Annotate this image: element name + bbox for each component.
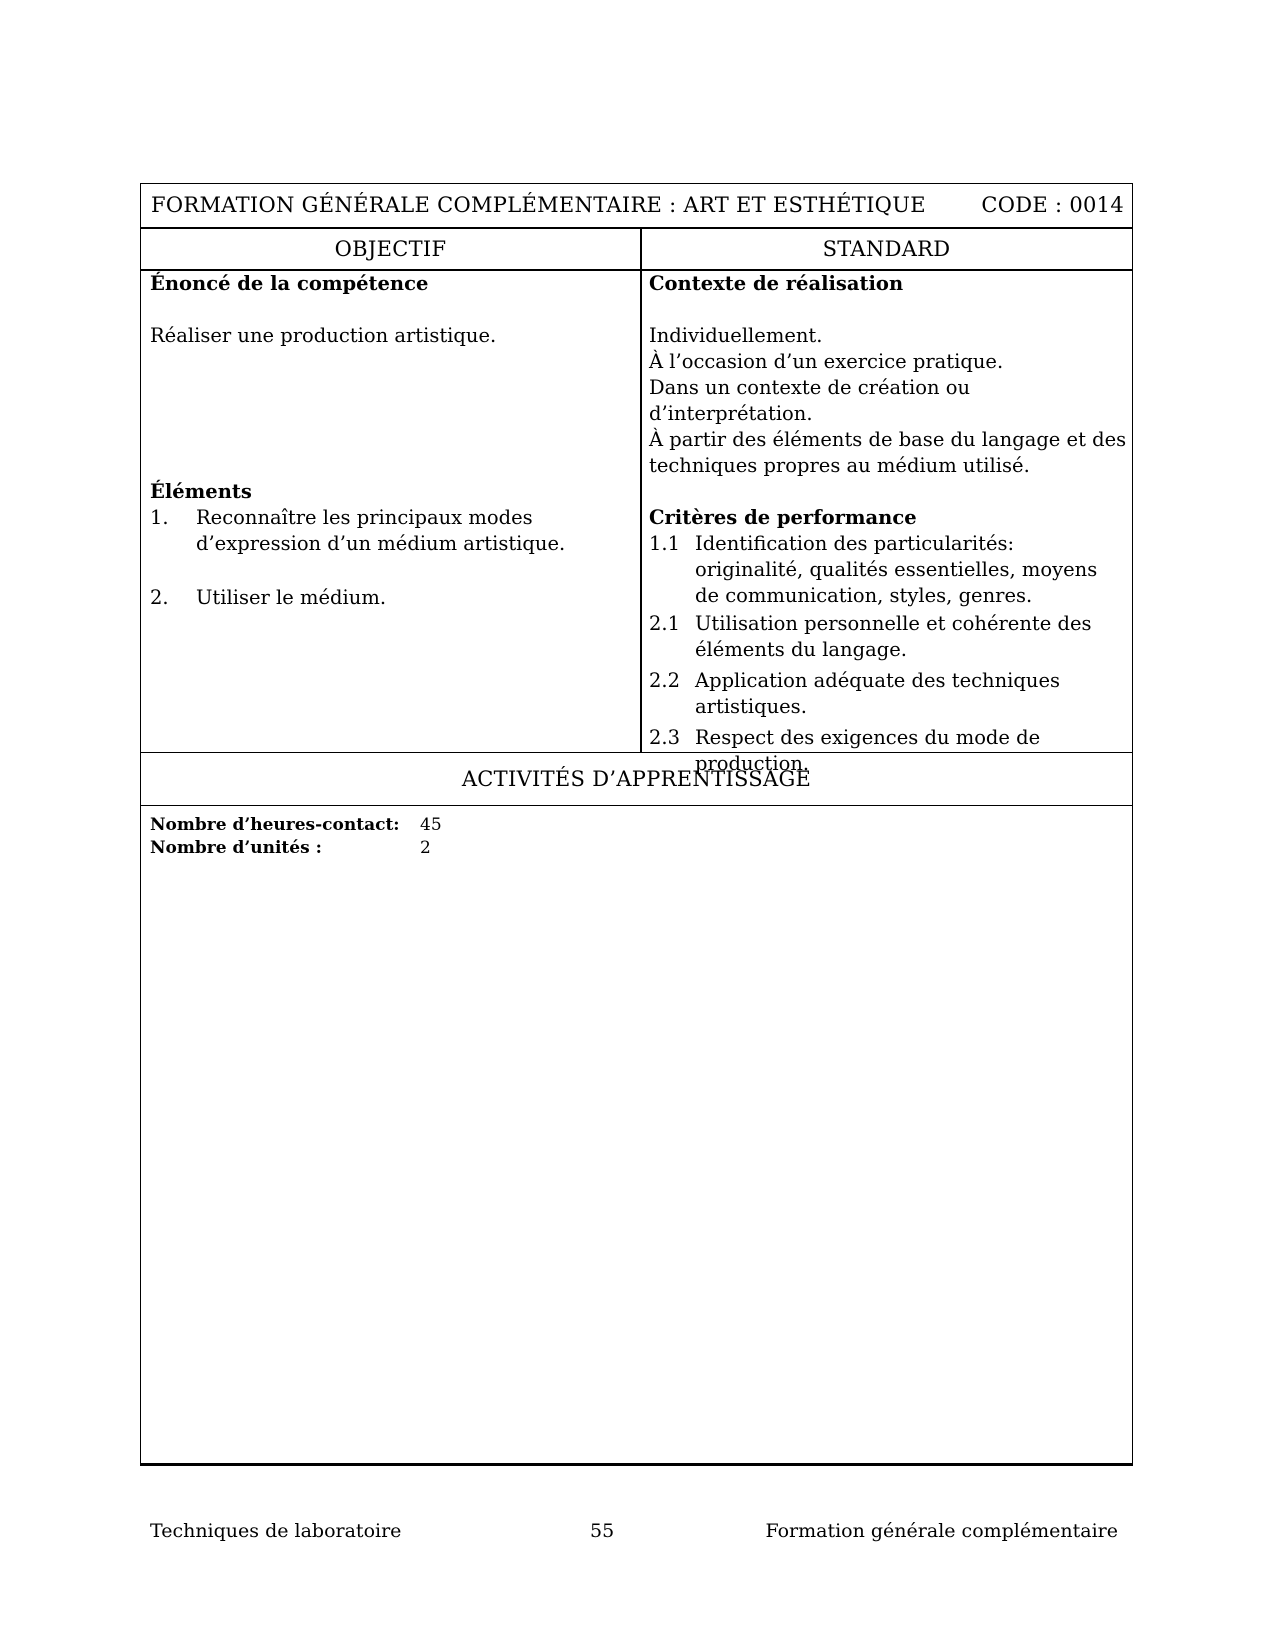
- standard-header: STANDARD: [641, 229, 1132, 269]
- enonce-heading: Énoncé de la compétence: [150, 271, 630, 297]
- critere-number: 2.1: [649, 611, 695, 663]
- critere-text: Identification des particularités: origi…: [695, 531, 1127, 609]
- contexte-line: À l’occasion d’un exercice pratique.: [649, 349, 1127, 375]
- element-number: 2.: [150, 585, 196, 611]
- document-title: FORMATION GÉNÉRALE COMPLÉMENTAIRE : ART …: [151, 184, 926, 227]
- heures-value: 45: [420, 814, 442, 837]
- contexte-line: À partir des éléments de base du langage…: [649, 427, 1127, 479]
- critere-item: 1.1 Identification des particularités: o…: [649, 531, 1127, 609]
- critere-item: 2.2 Application adéquate des techniques …: [649, 668, 1127, 720]
- criteres-heading: Critères de performance: [649, 505, 1127, 531]
- unites-label: Nombre d’unités :: [150, 837, 420, 860]
- elements-heading: Éléments: [150, 479, 630, 505]
- contexte-line: Individuellement.: [649, 323, 1127, 349]
- enonce-text: Réaliser une production artistique.: [150, 323, 630, 349]
- footer-program: Techniques de laboratoire: [150, 1518, 401, 1544]
- objectif-header: OBJECTIF: [141, 229, 640, 269]
- objectif-column: Énoncé de la compétence Réaliser une pro…: [150, 271, 630, 753]
- title-row: FORMATION GÉNÉRALE COMPLÉMENTAIRE : ART …: [141, 184, 1132, 229]
- competency-table: FORMATION GÉNÉRALE COMPLÉMENTAIRE : ART …: [140, 183, 1133, 1466]
- critere-number: 1.1: [649, 531, 695, 609]
- element-item: 2. Utiliser le médium.: [150, 585, 630, 611]
- standard-column: Contexte de réalisation Individuellement…: [649, 271, 1127, 753]
- element-number: 1.: [150, 505, 196, 585]
- course-code: CODE : 0014: [981, 184, 1124, 227]
- critere-text: Utilisation personnelle et cohérente des…: [695, 611, 1127, 663]
- critere-text: Application adéquate des techniques arti…: [695, 668, 1127, 720]
- critere-number: 2.2: [649, 668, 695, 720]
- element-text: Reconnaître les principaux modes d’expre…: [196, 505, 630, 585]
- contexte-heading: Contexte de réalisation: [649, 271, 1127, 297]
- critere-item: 2.1 Utilisation personnelle et cohérente…: [649, 611, 1127, 663]
- column-headers: OBJECTIF STANDARD: [141, 229, 1132, 271]
- element-text: Utiliser le médium.: [196, 585, 630, 611]
- unites-value: 2: [420, 837, 431, 860]
- contexte-line: Dans un contexte de création ou d’interp…: [649, 375, 1127, 427]
- page-number: 55: [590, 1518, 614, 1544]
- heures-label: Nombre d’heures-contact:: [150, 814, 420, 837]
- hours-info: Nombre d’heures-contact: 45 Nombre d’uni…: [150, 814, 442, 860]
- element-item: 1. Reconnaître les principaux modes d’ex…: [150, 505, 630, 585]
- activites-heading: ACTIVITÉS D’APPRENTISSAGE: [141, 752, 1132, 806]
- footer-section: Formation générale complémentaire: [765, 1518, 1118, 1544]
- content-row: Énoncé de la compétence Réaliser une pro…: [141, 271, 1132, 753]
